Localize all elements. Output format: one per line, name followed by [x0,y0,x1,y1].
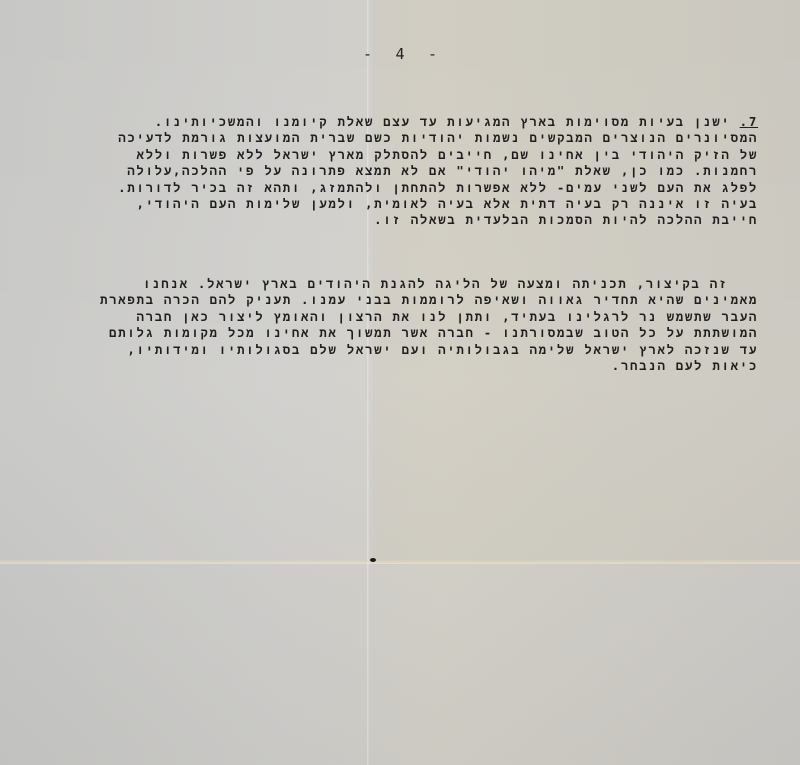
paragraph-line: עד שנזכה לארץ ישראל שלימה בגבולותיה ועם … [38,342,758,358]
page-number: - 4 - [0,45,800,63]
paragraph-number: 7. [740,114,758,129]
paragraph-line: זה בקיצור, תכניתה ומצעה של הליגה להגנת ה… [38,276,758,292]
summary-paragraph: זה בקיצור, תכניתה ומצעה של הליגה להגנת ה… [38,276,758,374]
paragraph-line: כיאות לעם הנבחר. [38,358,758,374]
paragraph-7: 7. ישנן בעיות מסוימות בארץ המגיעות עד עצ… [38,114,758,229]
paragraph-line: לפלג את העם לשני עמים- ללא אפשרות להתחתן… [38,180,758,196]
paragraph-line: המושתתת על כל הטוב שבמסורתנו - חברה אשר … [38,325,758,341]
paragraph-line: המסיונרים הנוצרים המבקשים נשמות יהודיות … [38,130,758,146]
horizontal-fold-crease [0,560,800,564]
ink-speck [370,558,376,562]
paragraph-line: חייבת ההלכה להיות הסמכות הבלעדית בשאלה ז… [38,212,758,228]
page-number-value: 4 [395,45,404,63]
paragraph-line: רחמנות. כמו כן, שאלת "מיהו יהודי" אם לא … [38,163,758,179]
page-number-dash-left: - [348,45,386,63]
paragraph-line: של הזיק היהודי בין אחינו שם, חייבים להסת… [38,147,758,163]
page-number-dash-right: - [414,45,452,63]
paragraph-line: בעיה זו איננה רק בעיה דתית אלא בעיה לאומ… [38,196,758,212]
paragraph-line: מאמינים שהיא תחדיר גאווה ושאיפה לרוממות … [38,292,758,308]
paragraph-line: 7. ישנן בעיות מסוימות בארץ המגיעות עד עצ… [38,114,758,130]
paragraph-line: העבר שתשמש נר לרגלינו בעתיד, ותתן לנו את… [38,309,758,325]
